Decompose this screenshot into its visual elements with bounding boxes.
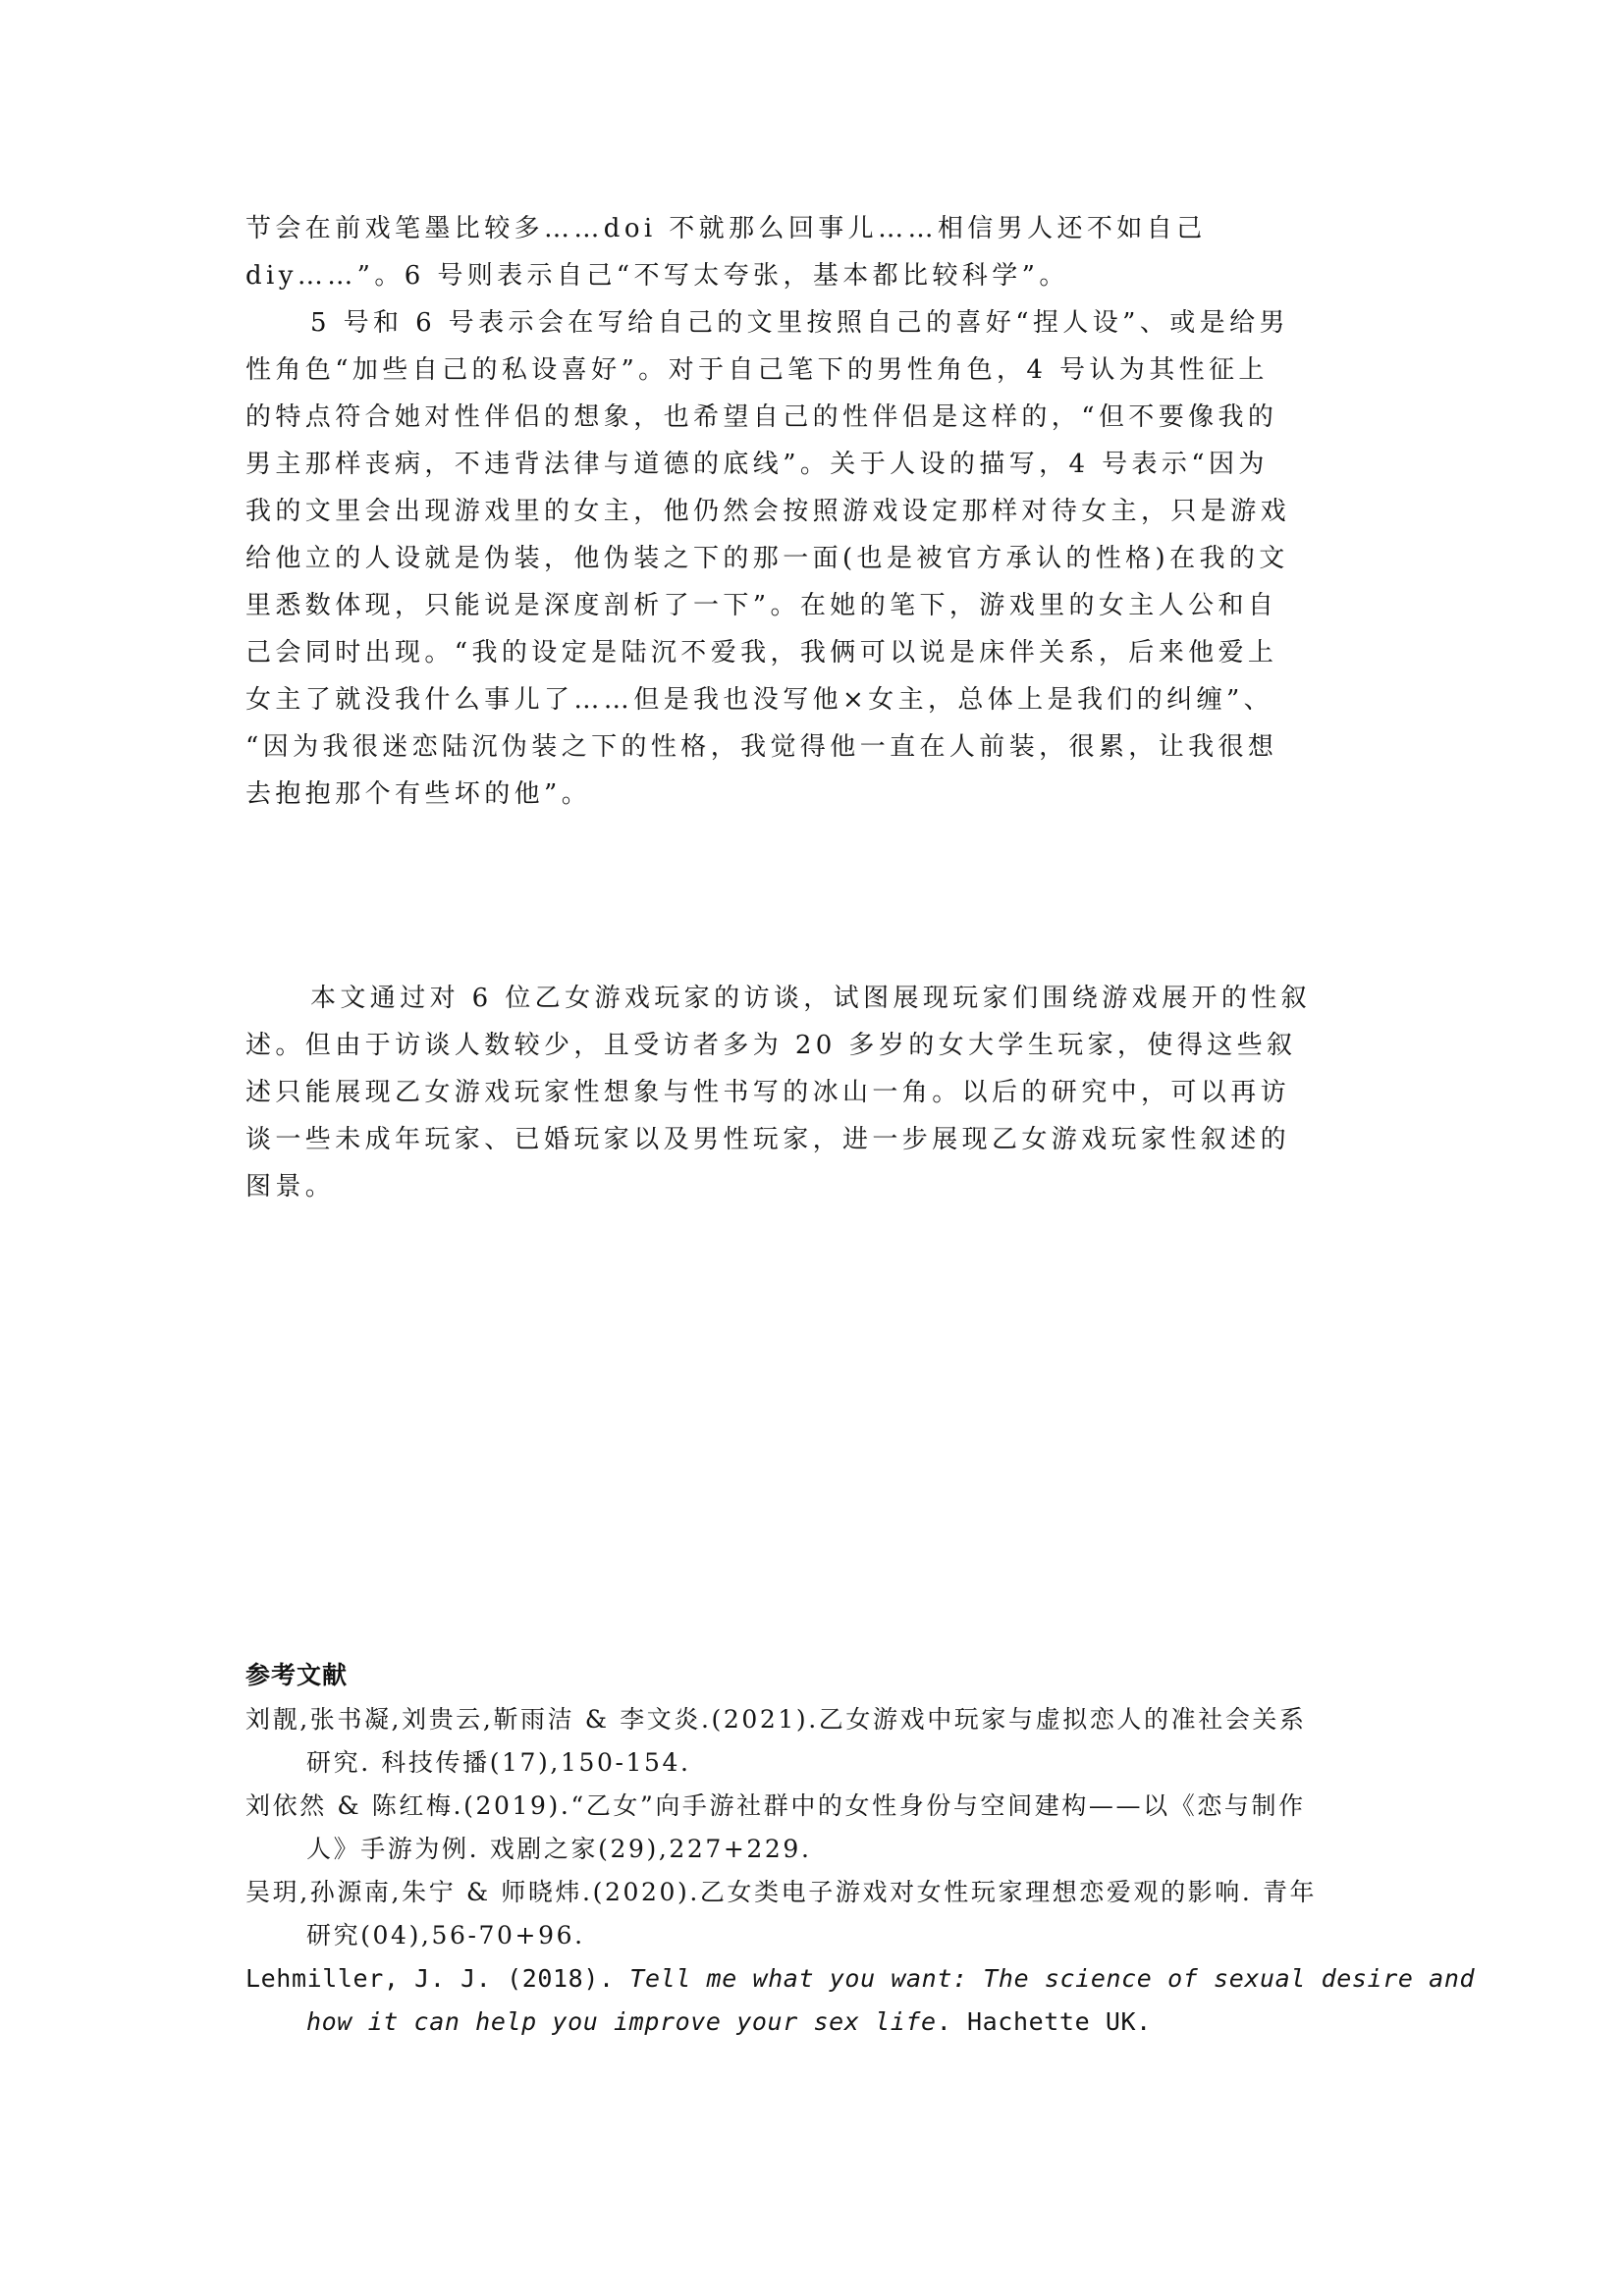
text-line: 我的文里会出现游戏里的女主，他仍然会按照游戏设定那样对待女主，只是游戏 <box>245 495 1290 528</box>
text-line: 男主那样丧病，不违背法律与道德的底线”。关于人设的描写，4 号表示“因为 <box>245 448 1269 481</box>
text-line: 述只能展现乙女游戏玩家性想象与性书写的冰山一角。以后的研究中，可以再访 <box>245 1076 1290 1109</box>
reference-line: Lehmiller, J. J. (2018). Tell me what yo… <box>245 1963 1475 1995</box>
text-line: diy……”。6 号则表示自己“不写太夸张，基本都比较科学”。 <box>245 259 1069 293</box>
text-line: 节会在前戏笔墨比较多……doi 不就那么回事儿……相信男人还不如自己 <box>245 212 1206 245</box>
reference-title: how it can help you improve your sex lif… <box>306 2007 937 2036</box>
text-line: 女主了就没我什么事儿了……但是我也没写他×女主，总体上是我们的纠缠”、 <box>245 683 1273 717</box>
reference-line: 刘依然 & 陈红梅.(2019).“乙女”向手游社群中的女性身份与空间建构——以… <box>245 1790 1306 1822</box>
text-line: 的特点符合她对性伴侣的想象，也希望自己的性伴侣是这样的，“但不要像我的 <box>245 400 1277 434</box>
document-page: 节会在前戏笔墨比较多……doi 不就那么回事儿……相信男人还不如自己 diy……… <box>0 0 1624 2296</box>
reference-line: 刘靓,张书凝,刘贵云,靳雨洁 & 李文炎.(2021).乙女游戏中玩家与虚拟恋人… <box>245 1704 1307 1735</box>
reference-line: how it can help you improve your sex lif… <box>306 2006 1152 2038</box>
text-line: “因为我很迷恋陆沉伪装之下的性格，我觉得他一直在人前装，很累，让我很想 <box>245 730 1277 764</box>
reference-line: 研究(04),56-70+96. <box>306 1920 585 1951</box>
text-line: 己会同时出现。“我的设定是陆沉不爱我，我俩可以说是床伴关系，后来他爱上 <box>245 636 1277 669</box>
text-line: 述。但由于访谈人数较少，且受访者多为 20 多岁的女大学生玩家，使得这些叙 <box>245 1029 1296 1062</box>
text-line: 里悉数体现，只能说是深度剖析了一下”。在她的笔下，游戏里的女主人公和自 <box>245 589 1277 622</box>
text-line: 本文通过对 6 位乙女游戏玩家的访谈，试图展现玩家们围绕游戏展开的性叙 <box>310 982 1311 1015</box>
text-line: 图景。 <box>245 1170 335 1203</box>
text-line: 性角色“加些自己的私设喜好”。对于自己笔下的男性角色，4 号认为其性征上 <box>245 353 1269 387</box>
text-line: 谈一些未成年玩家、已婚玩家以及男性玩家，进一步展现乙女游戏玩家性叙述的 <box>245 1123 1290 1156</box>
text-line: 给他立的人设就是伪装，他伪装之下的那一面(也是被官方承认的性格)在我的文 <box>245 542 1289 575</box>
text-line: 去抱抱那个有些坏的他”。 <box>245 777 591 811</box>
reference-line: 人》手游为例. 戏剧之家(29),227+229. <box>306 1834 812 1865</box>
reference-author: Lehmiller, J. J. (2018). <box>245 1964 629 1993</box>
reference-line: 吴玥,孙源南,朱宁 & 师晓炜.(2020).乙女类电子游戏对女性玩家理想恋爱观… <box>245 1877 1317 1908</box>
reference-title: Tell me what you want: The science of se… <box>629 1964 1475 1993</box>
reference-publisher: . Hachette UK. <box>937 2007 1152 2036</box>
reference-line: 研究. 科技传播(17),150-154. <box>306 1747 691 1779</box>
text-line: 5 号和 6 号表示会在写给自己的文里按照自己的喜好“捏人设”、或是给男 <box>310 306 1289 340</box>
references-heading: 参考文献 <box>245 1660 348 1691</box>
